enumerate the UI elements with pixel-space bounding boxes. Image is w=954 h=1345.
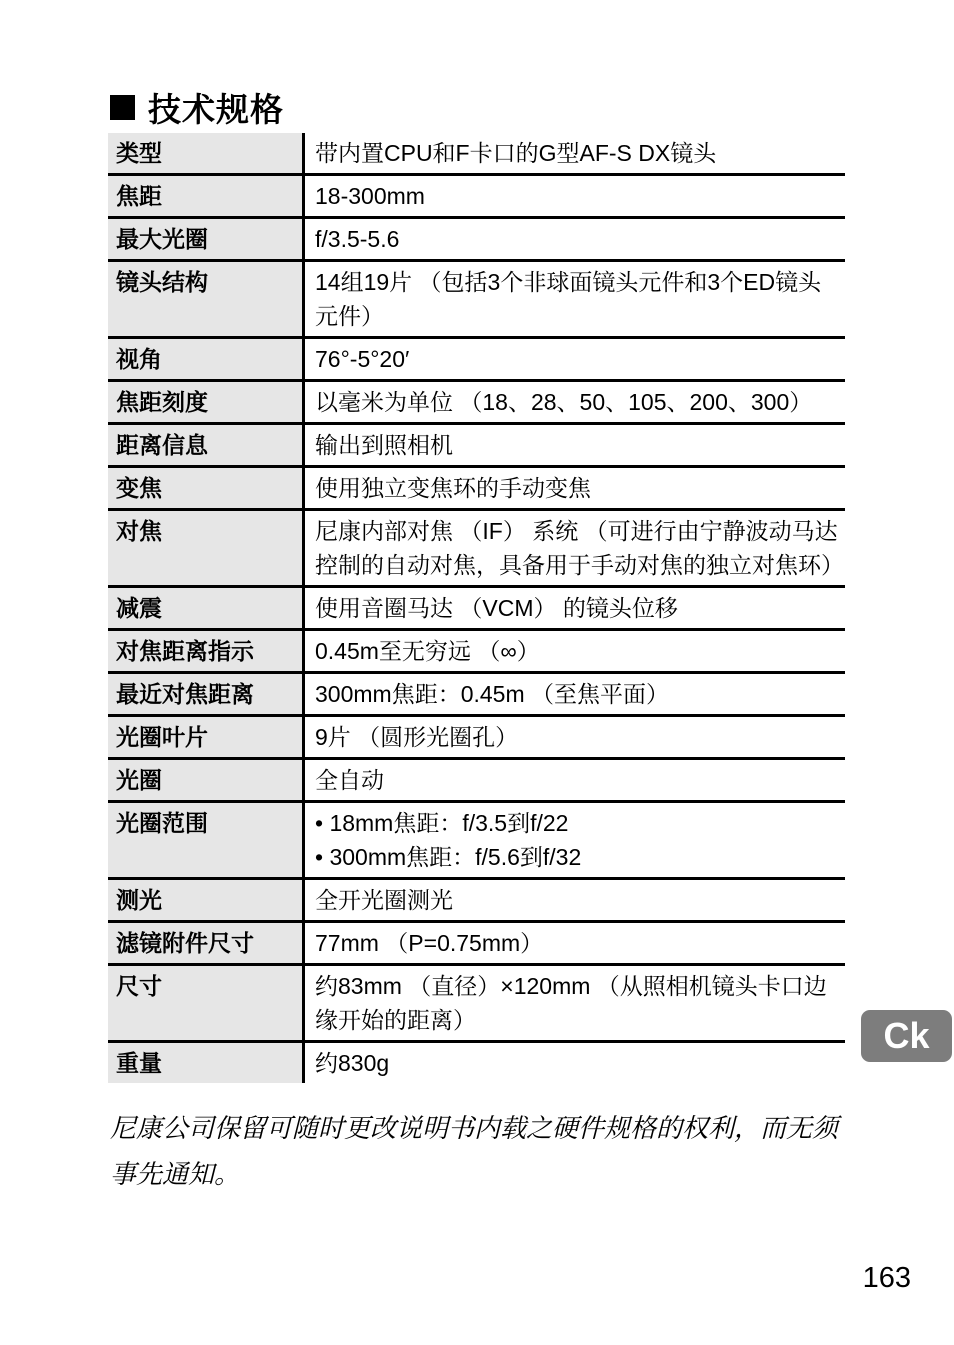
- spec-value: 使用独立变焦环的手动变焦: [304, 467, 846, 510]
- spec-value: 77mm （P=0.75mm）: [304, 922, 846, 965]
- spec-label: 测光: [108, 879, 304, 922]
- spec-label: 距离信息: [108, 424, 304, 467]
- table-row: 对焦距离指示0.45m至无穷远 （∞）: [108, 630, 845, 673]
- spec-label: 重量: [108, 1042, 304, 1084]
- table-row: 光圈范围• 18mm焦距：f/3.5到f/22 • 300mm焦距：f/5.6到…: [108, 802, 845, 879]
- spec-label: 光圈: [108, 759, 304, 802]
- spec-value: 9片 （圆形光圈孔）: [304, 716, 846, 759]
- section-title-text: 技术规格: [148, 84, 284, 131]
- spec-label: 焦距: [108, 175, 304, 218]
- table-row: 光圈叶片9片 （圆形光圈孔）: [108, 716, 845, 759]
- spec-label: 镜头结构: [108, 261, 304, 338]
- spec-value: 带内置CPU和F卡口的G型AF-S DX镜头: [304, 133, 846, 175]
- spec-label: 视角: [108, 338, 304, 381]
- table-row: 镜头结构14组19片 （包括3个非球面镜头元件和3个ED镜头元件）: [108, 261, 845, 338]
- table-row: 距离信息输出到照相机: [108, 424, 845, 467]
- spec-label: 变焦: [108, 467, 304, 510]
- spec-value: 约83mm （直径）×120mm （从照相机镜头卡口边缘开始的距离）: [304, 965, 846, 1042]
- table-row: 尺寸约83mm （直径）×120mm （从照相机镜头卡口边缘开始的距离）: [108, 965, 845, 1042]
- table-row: 滤镜附件尺寸77mm （P=0.75mm）: [108, 922, 845, 965]
- spec-label: 滤镜附件尺寸: [108, 922, 304, 965]
- section-square-icon: [110, 95, 135, 120]
- manual-page: 技术规格 类型带内置CPU和F卡口的G型AF-S DX镜头焦距18-300mm最…: [0, 0, 954, 1345]
- specifications-table: 类型带内置CPU和F卡口的G型AF-S DX镜头焦距18-300mm最大光圈f/…: [108, 133, 845, 1083]
- spec-label: 对焦距离指示: [108, 630, 304, 673]
- spec-label: 最近对焦距离: [108, 673, 304, 716]
- spec-label: 焦距刻度: [108, 381, 304, 424]
- spec-label: 最大光圈: [108, 218, 304, 261]
- language-badge: Ck: [861, 1010, 952, 1062]
- spec-value: 全自动: [304, 759, 846, 802]
- footer-note: 尼康公司保留可随时更改说明书内载之硬件规格的权利，而无须事先通知。: [110, 1106, 858, 1198]
- spec-value: 18-300mm: [304, 175, 846, 218]
- spec-value: 14组19片 （包括3个非球面镜头元件和3个ED镜头元件）: [304, 261, 846, 338]
- spec-label: 光圈叶片: [108, 716, 304, 759]
- table-row: 变焦使用独立变焦环的手动变焦: [108, 467, 845, 510]
- table-row: 减震使用音圈马达 （VCM） 的镜头位移: [108, 587, 845, 630]
- page-number: 163: [863, 1262, 911, 1295]
- table-row: 重量约830g: [108, 1042, 845, 1084]
- table-row: 测光全开光圈测光: [108, 879, 845, 922]
- spec-value: 以毫米为单位 （18、28、50、105、200、300）: [304, 381, 846, 424]
- spec-value: 全开光圈测光: [304, 879, 846, 922]
- table-row: 最近对焦距离300mm焦距：0.45m （至焦平面）: [108, 673, 845, 716]
- spec-value: 76°-5°20′: [304, 338, 846, 381]
- table-row: 类型带内置CPU和F卡口的G型AF-S DX镜头: [108, 133, 845, 175]
- table-row: 最大光圈f/3.5-5.6: [108, 218, 845, 261]
- spec-value: 输出到照相机: [304, 424, 846, 467]
- spec-value: f/3.5-5.6: [304, 218, 846, 261]
- spec-label: 光圈范围: [108, 802, 304, 879]
- spec-value: • 18mm焦距：f/3.5到f/22 • 300mm焦距：f/5.6到f/32: [304, 802, 846, 879]
- spec-label: 尺寸: [108, 965, 304, 1042]
- spec-value: 0.45m至无穷远 （∞）: [304, 630, 846, 673]
- spec-value: 使用音圈马达 （VCM） 的镜头位移: [304, 587, 846, 630]
- table-row: 光圈全自动: [108, 759, 845, 802]
- spec-label: 减震: [108, 587, 304, 630]
- spec-label: 类型: [108, 133, 304, 175]
- spec-value: 约830g: [304, 1042, 846, 1084]
- spec-value: 尼康内部对焦 （IF） 系统 （可进行由宁静波动马达控制的自动对焦，具备用于手动…: [304, 510, 846, 587]
- section-title: 技术规格: [110, 84, 284, 131]
- table-row: 焦距刻度以毫米为单位 （18、28、50、105、200、300）: [108, 381, 845, 424]
- table-row: 焦距18-300mm: [108, 175, 845, 218]
- table-row: 视角76°-5°20′: [108, 338, 845, 381]
- spec-value: 300mm焦距：0.45m （至焦平面）: [304, 673, 846, 716]
- spec-label: 对焦: [108, 510, 304, 587]
- table-row: 对焦尼康内部对焦 （IF） 系统 （可进行由宁静波动马达控制的自动对焦，具备用于…: [108, 510, 845, 587]
